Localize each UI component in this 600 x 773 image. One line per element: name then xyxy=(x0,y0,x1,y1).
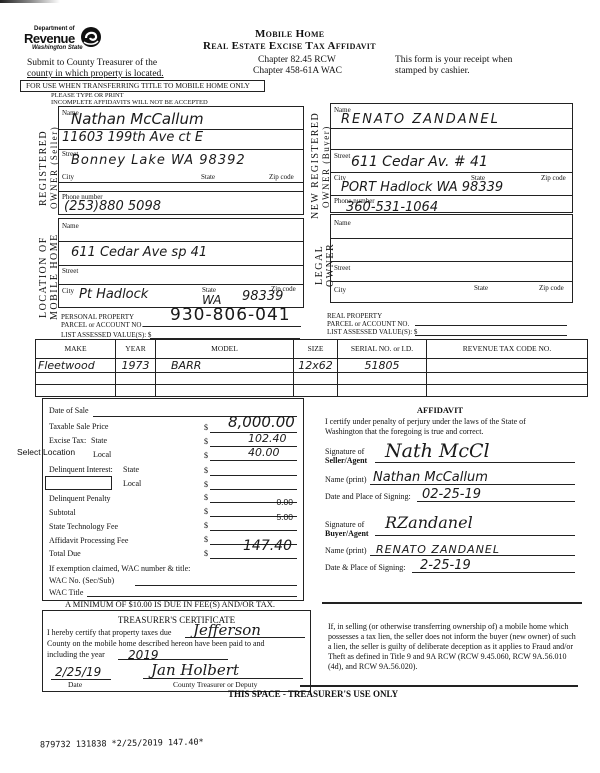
receipt-note: This form is your receipt when stamped b… xyxy=(395,55,545,77)
seller-sig-label-1: Signature of xyxy=(325,447,367,456)
buyer-name-print-label: Name (print) xyxy=(325,546,367,555)
please-type-note: PLEASE TYPE OR PRINT INCOMPLETE AFFIDAVI… xyxy=(51,92,208,106)
buyer-sig-label-1: Signature of xyxy=(325,520,369,529)
excise-state[interactable]: 102.40 xyxy=(248,432,287,445)
total-due[interactable]: 147.40 xyxy=(243,538,292,554)
seller-phone[interactable]: (253)880 5098 xyxy=(64,199,161,214)
legal-name-label: Name xyxy=(334,219,351,227)
seller-signature-label: Signature of Seller/Agent xyxy=(325,447,367,465)
use-when-banner: FOR USE WHEN TRANSFERRING TITLE TO MOBIL… xyxy=(20,80,265,92)
mobile-home-table: MAKE YEAR MODEL SIZE SERIAL NO. or I.D. … xyxy=(35,339,588,397)
submit-line1: Submit to County Treasurer of the xyxy=(27,58,164,69)
buyer-sig-label-2: Buyer/Agent xyxy=(325,529,369,538)
submit-line2: county in which property is located. xyxy=(27,69,164,80)
please-type: PLEASE TYPE OR PRINT xyxy=(51,92,208,99)
treasurer-line3: including the year xyxy=(47,650,105,659)
subtotal-label: Subtotal xyxy=(49,508,76,517)
buyer-date[interactable]: 2-25-19 xyxy=(420,558,471,573)
seller-section-label-1: REGISTERED xyxy=(38,120,49,215)
cell-make[interactable]: Fleetwood xyxy=(36,359,116,373)
currency-sign: $ xyxy=(204,480,208,489)
buyer-name[interactable]: RENATO ZANDANEL xyxy=(341,112,500,127)
affidavit-section: AFFIDAVIT I certify under penalty of per… xyxy=(325,405,575,437)
cell-tax-code[interactable] xyxy=(427,373,588,385)
cell-model[interactable] xyxy=(156,385,294,397)
subtotal-value: 0.00 xyxy=(276,497,293,507)
cell-size[interactable]: 12x62 xyxy=(294,359,338,373)
legal-zip-label: Zip code xyxy=(539,284,564,292)
cell-size[interactable] xyxy=(294,385,338,397)
submit-instructions: Submit to County Treasurer of the county… xyxy=(27,58,164,80)
table-row xyxy=(36,373,588,385)
buyer-zip-label: Zip code xyxy=(541,174,566,182)
revenue-swirl-icon xyxy=(80,26,102,48)
cell-serial[interactable]: 51805 xyxy=(338,359,427,373)
location-city[interactable]: Pt Hadlock xyxy=(79,287,148,302)
seller-zip-label: Zip code xyxy=(269,173,294,181)
excise-tax-label: Excise Tax: xyxy=(49,436,86,445)
tax-lien-warning: If, in selling (or otherwise transferrin… xyxy=(328,622,578,672)
tax-calculation-box: Date of Sale Taxable Sale Price $ 8,000.… xyxy=(42,398,304,601)
seller-date-label: Date and Place of Signing: xyxy=(325,492,411,501)
currency-sign: $ xyxy=(204,521,208,530)
currency-sign: $ xyxy=(204,451,208,460)
chapter-wac: Chapter 458-61A WAC xyxy=(253,66,342,76)
buyer-date-label: Date & Place of Signing: xyxy=(325,563,405,572)
select-location-label: Select Location xyxy=(17,447,75,457)
legal-street-label: Street xyxy=(334,264,350,272)
location-address[interactable]: 611 Cedar Ave sp 41 xyxy=(71,245,207,260)
seller-sig-label-2: Seller/Agent xyxy=(325,456,367,465)
location-box: Name 611 Cedar Ave sp 41 Street City Pt … xyxy=(58,218,304,308)
rp-label-2: PARCEL or ACCOUNT NO. xyxy=(327,320,409,328)
taxable-sale-price-label: Taxable Sale Price xyxy=(49,422,108,431)
col-serial: SERIAL NO. or I.D. xyxy=(338,340,427,359)
cell-serial[interactable] xyxy=(338,385,427,397)
personal-property-label: PERSONAL PROPERTY PARCEL or ACCOUNT NO. xyxy=(61,313,143,329)
treasurer-line2: County on the mobile home described here… xyxy=(47,639,265,648)
cell-model[interactable]: BARR xyxy=(156,359,294,373)
treasurer-heading: TREASURER'S CERTIFICATE xyxy=(43,615,310,625)
treasurer-signer-label: County Treasurer or Deputy xyxy=(173,680,257,689)
wac-no-label: WAC No. (Sec/Sub) xyxy=(49,576,114,585)
treasurer-use-only: THIS SPACE - TREASURER'S USE ONLY xyxy=(228,689,398,699)
treasurer-date[interactable]: 2/25/19 xyxy=(55,665,101,679)
buyer-city-line[interactable]: PORT Hadlock WA 98339 xyxy=(341,180,503,195)
seller-name[interactable]: Nathan McCallum xyxy=(71,110,204,128)
form-title-line1: Mobile Home xyxy=(255,28,324,40)
buyer-box: Name RENATO ZANDANEL Street 611 Cedar Av… xyxy=(330,103,573,213)
cell-year[interactable]: 1973 xyxy=(116,359,156,373)
location-city-label: City xyxy=(62,287,74,295)
buyer-phone[interactable]: 360-531-1064 xyxy=(346,200,438,215)
col-size: SIZE xyxy=(294,340,338,359)
currency-sign: $ xyxy=(204,437,208,446)
delinquent-interest-label: Delinquent Interest: xyxy=(49,465,113,474)
seller-signature[interactable]: Nath McCl xyxy=(385,440,490,462)
excise-local-label: Local xyxy=(93,450,111,459)
real-property-label: REAL PROPERTY PARCEL or ACCOUNT NO. xyxy=(327,312,409,328)
form-title-line2: Real Estate Excise Tax Affidavit xyxy=(203,40,376,52)
scan-artifact xyxy=(0,0,60,3)
currency-sign: $ xyxy=(204,549,208,558)
col-make: MAKE xyxy=(36,340,116,359)
buyer-street[interactable]: 611 Cedar Av. # 41 xyxy=(351,154,488,170)
seller-address[interactable]: 11603 199th Ave ct E xyxy=(62,130,203,145)
currency-sign: $ xyxy=(204,507,208,516)
taxable-sale-price[interactable]: 8,000.00 xyxy=(228,413,295,431)
excise-state-label: State xyxy=(91,436,107,445)
seller-city-label: City xyxy=(62,173,74,181)
cell-year[interactable] xyxy=(116,385,156,397)
delinquent-state-label: State xyxy=(123,465,139,474)
exemption-label: If exemption claimed, WAC number & title… xyxy=(49,564,190,573)
seller-city-line[interactable]: Bonney Lake WA 98392 xyxy=(71,153,246,168)
buyer-signature-label: Signature of Buyer/Agent xyxy=(325,520,369,538)
state-tech-fee-value: 5.00 xyxy=(276,512,293,522)
affidavit-divider xyxy=(322,602,582,604)
currency-sign: $ xyxy=(204,466,208,475)
buyer-name-print[interactable]: RENATO ZANDANEL xyxy=(376,543,500,556)
wac-title-label: WAC Title xyxy=(49,588,83,597)
cell-make[interactable] xyxy=(36,373,116,385)
affidavit-heading: AFFIDAVIT xyxy=(305,405,575,415)
legal-city-label: City xyxy=(334,286,346,294)
treasurer-signature[interactable]: Jan Holbert xyxy=(151,661,239,679)
cell-size[interactable] xyxy=(294,373,338,385)
col-model: MODEL xyxy=(156,340,294,359)
warning-divider xyxy=(300,685,578,687)
treasurer-year[interactable]: 2019 xyxy=(128,648,159,662)
location-section-label-1: LOCATION OF xyxy=(38,228,49,326)
dor-logo: Department of Revenue Washington State xyxy=(20,26,100,54)
pp-list-assessed-label: LIST ASSESSED VALUE(S): $ xyxy=(61,331,151,339)
buyer-signature[interactable]: RZandanel xyxy=(385,513,473,532)
personal-parcel-number[interactable]: 930-806-041 xyxy=(170,305,291,325)
delinquent-local-label: Local xyxy=(123,479,141,488)
incomplete-warning: INCOMPLETE AFFIDAVITS WILL NOT BE ACCEPT… xyxy=(51,99,208,106)
chapter-rcw: Chapter 82.45 RCW xyxy=(258,55,336,65)
pp-label-1: PERSONAL PROPERTY xyxy=(61,313,143,321)
buyer-section-label-1: NEW REGISTERED xyxy=(310,110,321,220)
location-name-label: Name xyxy=(62,222,79,230)
rp-label-1: REAL PROPERTY xyxy=(327,312,409,320)
cell-tax-code[interactable] xyxy=(427,359,588,373)
affidavit-certify-text: I certify under penalty of perjury under… xyxy=(325,417,555,437)
legal-state-label: State xyxy=(474,284,488,292)
location-street-label: Street xyxy=(62,267,78,275)
seller-name-print[interactable]: Nathan McCallum xyxy=(373,470,488,485)
logo-state: Washington State xyxy=(32,45,83,51)
currency-sign: $ xyxy=(204,535,208,544)
date-of-sale-label: Date of Sale xyxy=(49,406,89,415)
table-row xyxy=(36,385,588,397)
currency-sign: $ xyxy=(204,423,208,432)
seller-name-print-label: Name (print) xyxy=(325,475,367,484)
col-revenue-tax-code: REVENUE TAX CODE NO. xyxy=(427,340,588,359)
table-row: Fleetwood 1973 BARR 12x62 51805 xyxy=(36,359,588,373)
seller-state-label: State xyxy=(201,173,215,181)
col-year: YEAR xyxy=(116,340,156,359)
treasurers-certificate-box: TREASURER'S CERTIFICATE I hereby certify… xyxy=(42,610,311,692)
delinquent-penalty-label: Delinquent Penalty xyxy=(49,494,111,503)
currency-sign: $ xyxy=(204,493,208,502)
buyer-street-label: Street xyxy=(334,152,350,160)
legal-owner-box: Name Street City State Zip code xyxy=(330,214,573,303)
cell-year[interactable] xyxy=(116,373,156,385)
receipt-stamp: 879732 131838 *2/25/2019 147.40* xyxy=(40,738,204,751)
rp-list-assessed-label: LIST ASSESSED VALUE(S): $ xyxy=(327,328,417,336)
affidavit-fee-label: Affidavit Processing Fee xyxy=(49,536,128,545)
seller-date[interactable]: 02-25-19 xyxy=(422,487,481,502)
location-zip[interactable]: 98339 xyxy=(242,289,283,304)
minimum-due-note: A MINIMUM OF $10.00 IS DUE IN FEE(S) AND… xyxy=(65,599,275,609)
cell-make[interactable] xyxy=(36,385,116,397)
table-header-row: MAKE YEAR MODEL SIZE SERIAL NO. or I.D. … xyxy=(36,340,588,359)
logo-revenue: Revenue xyxy=(24,31,75,46)
treasurer-date-label: Date xyxy=(68,680,82,689)
cell-model[interactable] xyxy=(156,373,294,385)
state-tech-fee-label: State Technology Fee xyxy=(49,522,118,531)
excise-local[interactable]: 40.00 xyxy=(248,446,280,459)
cell-tax-code[interactable] xyxy=(427,385,588,397)
seller-box: Name Nathan McCallum 11603 199th Ave ct … xyxy=(58,106,304,215)
pp-label-2: PARCEL or ACCOUNT NO. xyxy=(61,321,143,329)
cell-serial[interactable] xyxy=(338,373,427,385)
treasurer-line1: I hereby certify that property taxes due xyxy=(47,628,171,637)
treasurer-county[interactable]: Jefferson xyxy=(193,621,261,639)
total-due-label: Total Due xyxy=(49,549,81,558)
select-location-input[interactable] xyxy=(45,476,112,490)
